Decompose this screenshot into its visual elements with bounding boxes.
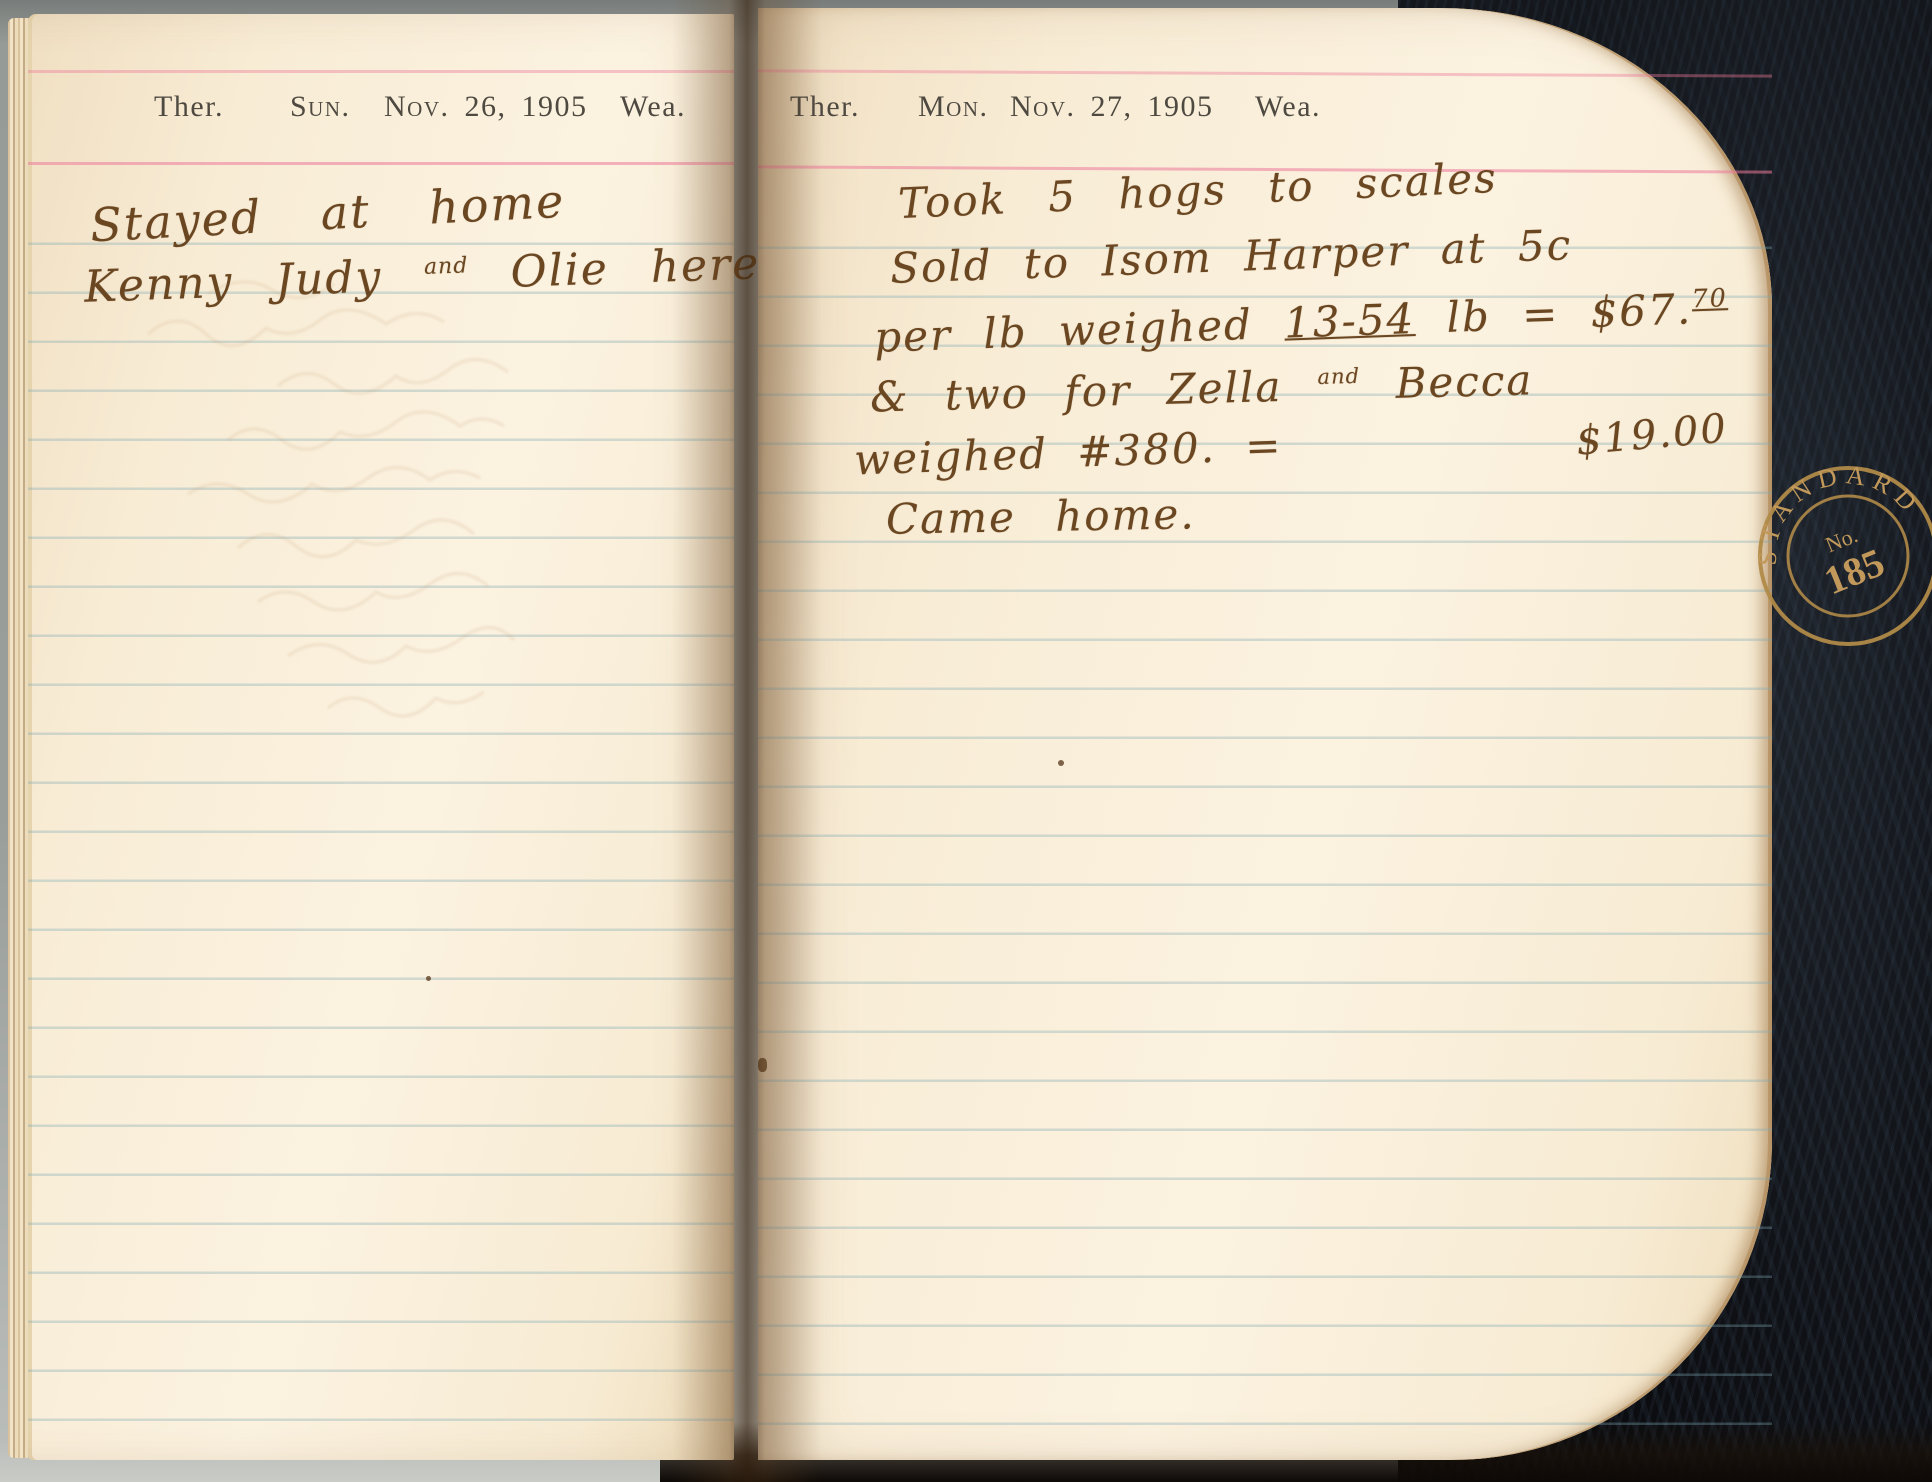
entry-line: & two for Zella and Becca: [869, 355, 1533, 421]
date-label-right: Nov. 27, 1905: [1010, 90, 1214, 124]
diary-photo: Ther. Sun. Nov. 26, 1905 Wea. Stayed at …: [0, 0, 1932, 1482]
pink-rule-header-left: [28, 162, 734, 165]
wea-label-right: Wea.: [1255, 90, 1321, 124]
right-page: Ther. Mon. Nov. 27, 1905 Wea. Took 5 hog…: [758, 8, 1772, 1460]
left-page: Ther. Sun. Nov. 26, 1905 Wea. Stayed at …: [28, 14, 734, 1460]
entry-line: Stayed at home: [89, 174, 567, 253]
entry-line: per lb weighed 13-54 lb = $67.70: [873, 283, 1729, 362]
standard-185-stamp: STANDARD No. 185: [1756, 464, 1932, 648]
wea-label-left: Wea.: [620, 90, 686, 124]
entry-line: Sold to Isom Harper at 5c: [889, 220, 1573, 293]
entry-line-part: & two for Zella: [869, 362, 1283, 422]
pink-rule-top-left: [28, 70, 734, 73]
entry-line-part: Kenny Judy: [83, 251, 383, 312]
sale-amount: $19.00: [1574, 405, 1729, 464]
entry-line-superscript: and: [424, 253, 469, 280]
ink-speck: [426, 976, 431, 981]
entry-line-part: lb = $67.: [1446, 284, 1693, 342]
date-label-left: Nov. 26, 1905: [384, 90, 588, 124]
entry-line: Kenny Judy and Olie here: [83, 238, 761, 313]
day-label-left: Sun.: [290, 90, 351, 124]
entry-line-superscript: and: [1317, 364, 1360, 389]
sale-cents-superscript: 70: [1691, 283, 1728, 313]
day-label-right: Mon.: [918, 90, 989, 124]
entry-line: weighed #380. =: [853, 421, 1283, 485]
hog-weight-value: 13-54: [1283, 294, 1416, 348]
ink-speck: [1058, 760, 1064, 766]
ruled-lines-left: [28, 196, 734, 1454]
entry-line-part: Becca: [1395, 355, 1534, 408]
entry-line-part: per lb weighed: [873, 300, 1253, 362]
pink-rule-top-right: [758, 69, 1772, 77]
ther-label-left: Ther.: [154, 90, 224, 124]
gutter-speck: [758, 1058, 767, 1072]
entry-line: Took 5 hogs to scales: [897, 153, 1498, 228]
entry-line-part: Olie here: [510, 238, 761, 298]
ther-label-right: Ther.: [790, 90, 860, 124]
entry-line: Came home.: [886, 489, 1196, 543]
